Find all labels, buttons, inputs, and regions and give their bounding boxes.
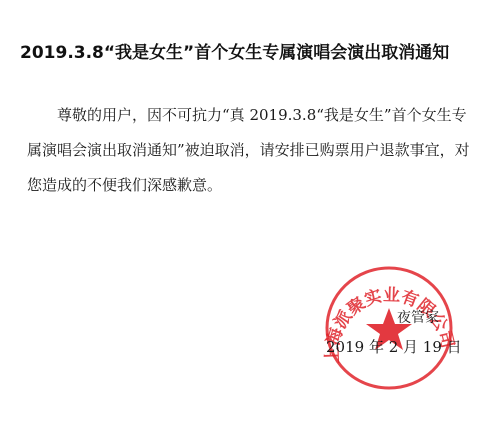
issue-date: 2019 年 2 月 19 日 bbox=[326, 336, 462, 357]
signature: 夜管家 bbox=[397, 307, 439, 327]
notice-body: 尊敬的用户，因不可抗力“真 2019.3.8“我是女生”首个女生专属演唱会演出取… bbox=[27, 98, 477, 203]
notice-body-text: 尊敬的用户，因不可抗力“真 2019.3.8“我是女生”首个女生专属演唱会演出取… bbox=[27, 106, 470, 194]
notice-title: 2019.3.8“我是女生”首个女生专属演唱会演出取消通知 bbox=[20, 38, 449, 63]
company-seal: 上海派聚实业有限公司 bbox=[318, 262, 460, 392]
